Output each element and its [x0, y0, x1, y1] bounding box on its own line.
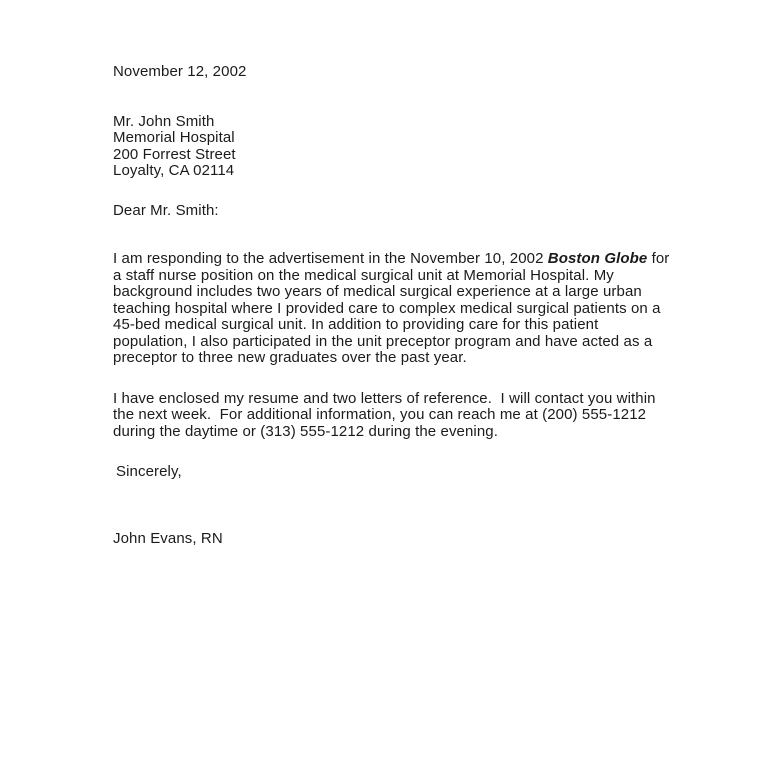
signature-name: John Evans, RN [113, 531, 671, 548]
recipient-address-block: Mr. John Smith Memorial Hospital 200 For… [113, 114, 671, 180]
closing: Sincerely, [113, 464, 671, 481]
recipient-city-state-zip: Loyalty, CA 02114 [113, 163, 671, 180]
document-page: November 12, 2002 Mr. John Smith Memoria… [0, 0, 768, 768]
letter-date: November 12, 2002 [113, 64, 671, 81]
paragraph-1-text-before: I am responding to the advertisement in … [113, 250, 548, 267]
paragraph-1-text-after: for a staff nurse position on the medica… [113, 250, 674, 366]
recipient-organization: Memorial Hospital [113, 130, 671, 147]
recipient-name: Mr. John Smith [113, 114, 671, 131]
body-paragraph-1: I am responding to the advertisement in … [113, 251, 671, 367]
recipient-street: 200 Forrest Street [113, 147, 671, 164]
publication-name-emphasis: Boston Globe [548, 250, 648, 267]
salutation: Dear Mr. Smith: [113, 203, 671, 220]
cover-letter: November 12, 2002 Mr. John Smith Memoria… [113, 64, 671, 547]
body-paragraph-2: I have enclosed my resume and two letter… [113, 391, 671, 441]
